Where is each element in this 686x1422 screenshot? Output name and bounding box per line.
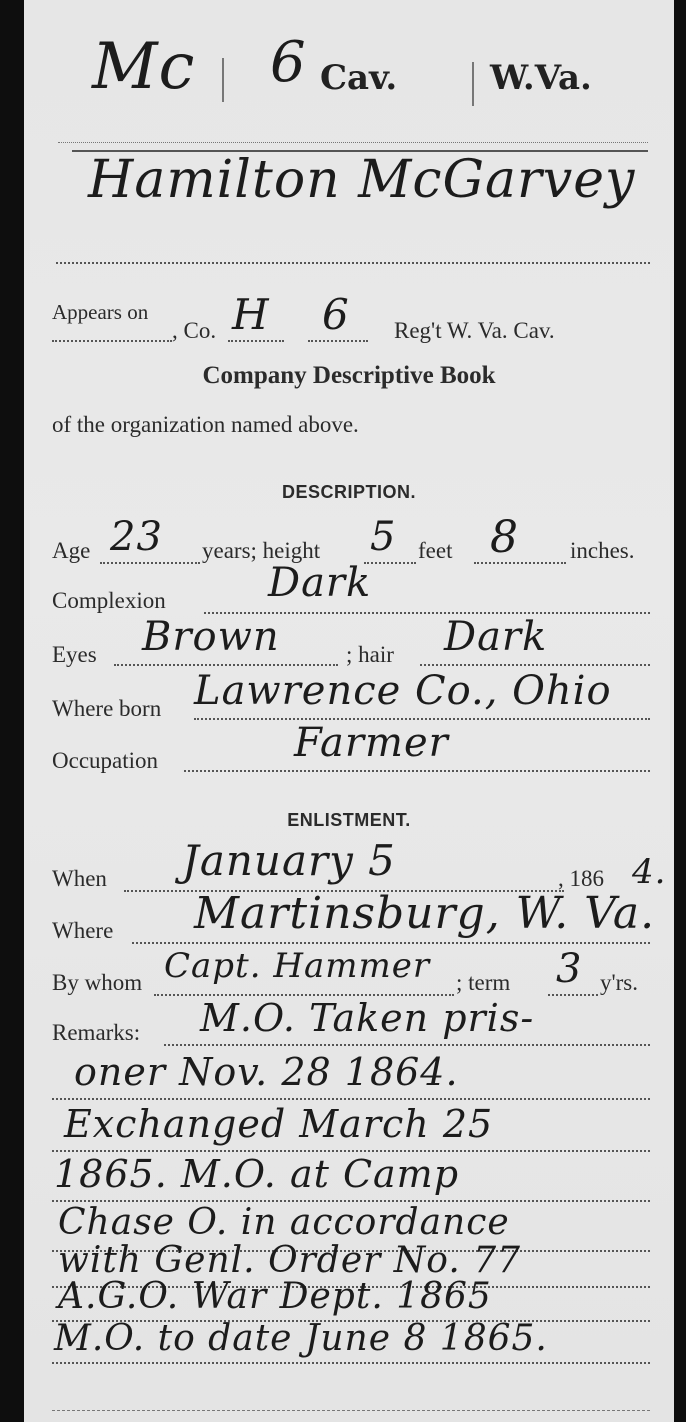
appears-on: Appears on [52, 300, 148, 325]
enlistment-heading: ENLISTMENT. [24, 810, 674, 831]
header-divider-2 [472, 62, 474, 106]
term-label: ; term [456, 970, 510, 996]
remark-line: M.O. to date June 8 1865. [54, 1318, 548, 1359]
remark-line: Exchanged March 25 [64, 1102, 493, 1146]
company-value: H [232, 290, 270, 339]
term-value: 3 [556, 946, 582, 992]
occupation-label: Occupation [52, 748, 158, 774]
when-label: When [52, 866, 107, 892]
hair-value: Dark [444, 614, 547, 660]
where-line [132, 942, 650, 944]
hair-label: ; hair [346, 642, 394, 668]
feet-line [364, 562, 416, 564]
header-divider [222, 58, 224, 102]
remark-line: A.G.O. War Dept. 1865 [58, 1276, 492, 1317]
name-line [56, 262, 650, 264]
remark-line: M.O. Taken pris- [200, 996, 534, 1040]
complexion-value: Dark [268, 560, 371, 606]
remarks-line-7 [52, 1362, 650, 1364]
service-record-card: Mc 6 Cav. W.Va. Hamilton McGarvey , Co. … [24, 0, 674, 1422]
co-label: , Co. [172, 318, 216, 344]
regiment-value: 6 [322, 290, 350, 339]
soldier-name: Hamilton McGarvey [88, 150, 635, 210]
description-heading: DESCRIPTION. [24, 482, 674, 503]
remark-line: with Genl. Order No. 77 [58, 1240, 521, 1281]
eyes-label: Eyes [52, 642, 97, 668]
occupation-line [184, 770, 650, 772]
by-whom-label: By whom [52, 970, 142, 996]
age-line [100, 562, 200, 564]
eyes-value: Brown [142, 614, 280, 660]
where-born-value: Lawrence Co., Ohio [194, 668, 612, 714]
surname-abbrev: Mc [92, 30, 195, 104]
by-whom-value: Capt. Hammer [164, 946, 430, 986]
regiment-number: 6 [270, 30, 307, 95]
height-inches-value: 8 [490, 512, 519, 563]
company-line [228, 340, 284, 342]
state-label: W.Va. [490, 58, 592, 98]
year-suffix: 4. [632, 852, 666, 892]
when-value: January 5 [182, 836, 396, 885]
where-value: Martinsburg, W. Va. [194, 888, 655, 939]
complexion-label: Complexion [52, 588, 166, 614]
hair-line [420, 664, 650, 666]
remark-line: 1865. M.O. at Camp [54, 1152, 459, 1196]
where-label: Where [52, 918, 113, 944]
height-feet-value: 5 [370, 514, 396, 560]
arm-label: Cav. [320, 58, 397, 98]
inches-line [474, 562, 566, 564]
where-born-label: Where born [52, 696, 161, 722]
bottom-line [52, 1410, 650, 1411]
term-unit: y'rs. [600, 970, 638, 996]
remarks-line-1 [52, 1098, 650, 1100]
eyes-line [114, 664, 338, 666]
book-title: Company Descriptive Book [24, 362, 674, 390]
feet-label: feet [418, 538, 452, 564]
occupation-value: Farmer [294, 720, 449, 766]
remarks-label: Remarks: [52, 1020, 140, 1046]
remark-line: oner Nov. 28 1864. [74, 1050, 459, 1094]
remark-line: Chase O. in accordance [58, 1202, 510, 1243]
inches-label: inches. [570, 538, 635, 564]
age-label: Age [52, 538, 90, 564]
organization-note: of the organization named above. [52, 412, 359, 438]
rank-line [52, 340, 172, 342]
regiment-suffix: Reg't W. Va. Cav. [394, 318, 555, 344]
age-value: 23 [110, 514, 163, 560]
regiment-line [308, 340, 368, 342]
term-line [548, 994, 598, 996]
header-rule-top [58, 142, 648, 143]
remarks-line-0 [164, 1044, 650, 1046]
